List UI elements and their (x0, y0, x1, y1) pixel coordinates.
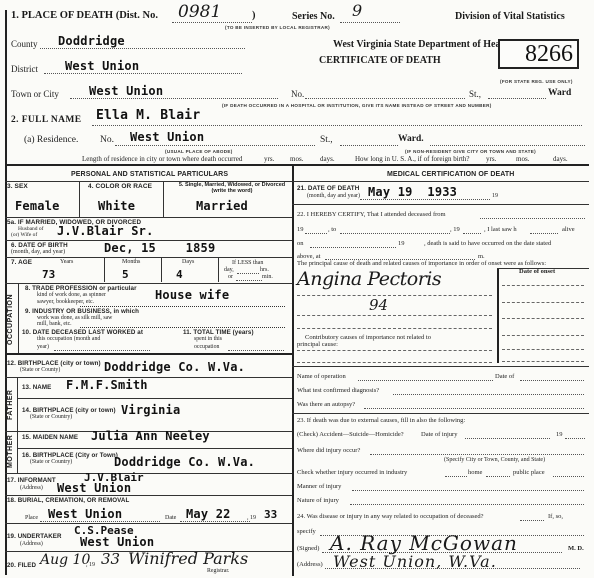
autopsy-line (364, 408, 584, 409)
certify-line-1: 22. I HEREBY CERTIFY, That I attended de… (297, 211, 446, 218)
dob-sub-label: (month, day, and year) (11, 249, 65, 255)
specify-label: specify (297, 528, 316, 535)
town-line (70, 98, 278, 99)
certificate-title: CERTIFICATE OF DEATH (319, 55, 441, 66)
mother-side-label: MOTHER (7, 435, 14, 468)
row-divider-12 (5, 377, 292, 378)
certify-year-line-1 (305, 233, 327, 234)
father-birthplace-value: Virginia (121, 403, 180, 417)
division-title: Division of Vital Statistics (455, 11, 565, 22)
where-injury-line (370, 454, 584, 455)
where-injury-label: Where did injury occur? (297, 447, 360, 454)
department-title: West Virginia State Department of Health (333, 39, 512, 50)
father-name-label: 13. NAME (22, 384, 51, 391)
state-reg-note: (FOR STATE REG. USE ONLY) (500, 79, 573, 84)
physician-address: West Union, W.Va. (333, 552, 497, 571)
usa-yrs: yrs. (486, 155, 496, 163)
onset-line-4 (502, 335, 584, 336)
burial-date-value: May 22 (186, 507, 231, 521)
dist-close: ) (252, 10, 256, 21)
residence-mos: mos. (290, 155, 303, 163)
medical-section-title: MEDICAL CERTIFICATION OF DEATH (387, 171, 514, 178)
series-label: Series No. (292, 11, 335, 22)
contributory-label: Contributory causes of importance not re… (305, 334, 431, 341)
trade-line (80, 306, 285, 307)
mother-birthplace-label: 16. BIRTHPLACE (City or Town) (22, 452, 118, 459)
or-label: or (228, 274, 233, 280)
age-months-value: 5 (122, 268, 129, 281)
certify-to-line (340, 233, 450, 234)
header-divider (5, 164, 589, 166)
usa-days: days. (553, 155, 568, 163)
row-divider-occupation (5, 353, 292, 355)
cause-2-value: 94 (369, 296, 388, 314)
father-side-label: FATHER (7, 390, 14, 420)
dod-line (360, 199, 490, 200)
residence-no-label: No. (100, 135, 114, 145)
series-line (340, 22, 400, 23)
district-line (44, 73, 242, 74)
public-check-line (553, 476, 584, 477)
color-value: White (98, 199, 135, 213)
mother-birthplace-value: Doddridge Co. W.Va. (114, 455, 255, 469)
nonresident-line (430, 145, 585, 146)
residence-label: (a) Residence. (24, 135, 78, 145)
father-birthplace-sub-label: (State or Country) (30, 414, 72, 420)
industry-check-line (445, 476, 467, 477)
last-worked-line (54, 350, 150, 351)
residence-line (115, 145, 315, 146)
row-divider-6 (5, 257, 292, 258)
age-years-value: 73 (42, 268, 55, 281)
manner-line (352, 490, 584, 491)
burial-place-value: West Union (48, 507, 122, 521)
burial-date-line (180, 521, 250, 522)
cause-line-3 (297, 328, 492, 329)
dob-label: 6. DATE OF BIRTH (11, 242, 68, 249)
dod-value: May 19 1933 (368, 185, 457, 199)
street-no-label: No. (291, 89, 304, 99)
industry-label-3: mill, bank, etc. (37, 321, 72, 327)
full-name-line (92, 125, 582, 126)
cause-1-value: Angina Pectoris (297, 268, 441, 290)
filed-date-value: Aug 10 (40, 552, 90, 568)
registrar-signature: Winifred Parks (128, 549, 248, 568)
sex-label: 3. SEX (7, 183, 28, 190)
dod-19-label: 19 (492, 193, 498, 199)
birthplace-value: Doddridge Co. W.Va. (104, 360, 245, 374)
usual-abode-note: (USUAL PLACE OF ABODE) (165, 149, 233, 154)
certify-on: on (297, 240, 304, 247)
address-label: (Address) (297, 561, 323, 568)
marital-value: Married (196, 199, 248, 213)
residence-value: West Union (130, 130, 204, 144)
marital-label: 5. Single, Married, Widowed, or Divorced… (178, 182, 286, 194)
certify-alive: alive (562, 226, 575, 233)
injury-year-line (565, 438, 585, 439)
accident-suicide-homicide-label: (Check) Accident—Suicide—Homicide? (297, 431, 404, 438)
row-divider-7 (5, 283, 292, 284)
undertaker-label: 19. UNDERTAKER (7, 533, 62, 540)
manner-label: Manner of injury (297, 483, 341, 490)
industry-label: 9. INDUSTRY OR BUSINESS, in which (25, 308, 139, 315)
nature-label: Nature of injury (297, 497, 339, 504)
cause-onset-divider (497, 268, 499, 363)
specify-place-note: (Specify City or Town, County, and State… (444, 457, 545, 463)
medical-title-divider (292, 181, 589, 182)
dod-sub-label: (month, day and year) (307, 193, 360, 199)
injury-19-label: 19 (556, 431, 563, 438)
row-divider-22 (292, 413, 589, 414)
certify-to: , to (328, 226, 336, 233)
diagnosis-line (393, 394, 584, 395)
burial-year-value: 33 (264, 508, 277, 521)
nature-line (350, 504, 584, 505)
total-time-label-3: occupation (194, 344, 219, 350)
filed-year-prefix: , 19 (86, 562, 95, 568)
dist-no: 0981 (178, 2, 221, 22)
cause-box-bottom (292, 366, 589, 367)
age-divider-3 (218, 257, 219, 282)
usa-label: How long in U. S. A., if of foreign birt… (355, 155, 470, 163)
occupation-related-line (520, 520, 544, 521)
undertaker-address-label: (Address) (20, 541, 43, 547)
street-ward-line (488, 98, 546, 99)
operation-date-line (520, 380, 584, 381)
hrs-label: hrs. (260, 267, 269, 273)
certify-above-at: above, at (297, 253, 320, 260)
residence-days: days. (320, 155, 335, 163)
trade-label-3: sawyer, bookkeeper, etc. (37, 299, 94, 305)
state-reg-number: 8266 (498, 39, 579, 69)
row-divider-18 (5, 523, 292, 524)
trade-label: 8. TRADE PROFESSION or particular (25, 285, 137, 292)
usa-mos: mos. (516, 155, 529, 163)
cause-line-1 (297, 295, 492, 296)
contributory-line-1 (297, 350, 492, 351)
age-divider-1 (104, 257, 105, 282)
county-line (40, 48, 245, 49)
burial-place-line (40, 521, 160, 522)
injury-date-line (465, 438, 550, 439)
trade-value: House wife (155, 288, 229, 302)
town-label: Town or City (11, 89, 59, 99)
dob-value: Dec, 15 1859 (104, 241, 215, 255)
industry-line (80, 327, 285, 328)
occupation-side-label: OCCUPATION (7, 294, 14, 345)
dist-no-line (172, 22, 252, 23)
row-divider-15 (17, 448, 292, 449)
nonresident-note: (IF NON-RESIDENT GIVE CITY OR TOWN AND S… (405, 149, 536, 154)
certify-from-line (480, 218, 585, 219)
residence-yrs: yrs. (264, 155, 274, 163)
contributory-sub-label: principal cause: (297, 341, 338, 348)
row-divider-5 (5, 217, 292, 218)
filed-year-value: 33 (101, 550, 120, 568)
total-time-label: 11. TOTAL TIME (years) (183, 329, 254, 336)
father-birthplace-label: 14. BIRTHPLACE (city or town) (22, 407, 116, 414)
onset-line-6 (502, 361, 584, 362)
injury-date-label: Date of injury (421, 431, 457, 438)
contributory-line-2 (297, 362, 492, 363)
home-label: home (468, 469, 482, 476)
onset-line-1 (502, 285, 584, 286)
certify-19b: , 19 (450, 226, 460, 233)
residence-st-label: St., (320, 135, 333, 145)
filed-label: 20. FILED (7, 562, 36, 569)
operation-line (358, 380, 493, 381)
min-line (236, 280, 262, 281)
min-label: min. (262, 274, 273, 280)
county-value: Doddridge (58, 34, 125, 48)
age-divider-2 (161, 257, 162, 282)
age-months-label: Months (122, 259, 140, 265)
less-than-label: If LESS than (232, 260, 263, 266)
last-worked-label-3: year) (37, 344, 49, 350)
row-divider-17 (5, 495, 292, 496)
full-name-value: Ella M. Blair (96, 108, 200, 123)
registrar-label: Registrar. (207, 568, 229, 574)
occupation-side-divider (18, 283, 19, 353)
onset-line-2 (502, 302, 584, 303)
length-residence-label: Length of residence in city or town wher… (82, 155, 242, 163)
external-causes-label: 23. If death was due to external causes,… (297, 417, 465, 424)
residence-ward-line (340, 145, 398, 146)
street-no-line (305, 98, 465, 99)
column-divider (292, 164, 294, 576)
town-value: West Union (89, 84, 163, 98)
date-onset-label: Date of onset (519, 268, 555, 275)
father-name-value: F.M.F.Smith (66, 378, 148, 392)
informant-label: 17. INFORMANT (7, 477, 56, 484)
operation-label: Name of operation (297, 373, 346, 380)
certify-19a: 19 (297, 226, 304, 233)
signed-label: (Signed) (297, 545, 319, 552)
street-ward-label: Ward (548, 88, 571, 98)
burial-label: 18. BURIAL, CREMATION, OR REMOVAL (7, 497, 129, 504)
birthplace-sub-label: (State or County) (20, 367, 60, 373)
age-years-label: Years (60, 259, 73, 265)
county-label: County (11, 39, 38, 49)
cause-line-2 (297, 315, 492, 316)
certify-19c: 19 (398, 240, 405, 247)
district-value: West Union (65, 59, 139, 73)
last-worked-label: 10. DATE DECEASED LAST WORKED at (22, 329, 143, 336)
father-side-divider (17, 377, 18, 431)
sex-value: Female (15, 199, 60, 213)
certify-year-line-2 (463, 233, 481, 234)
certify-on-line (310, 247, 396, 248)
if-so-label: If, so, (548, 513, 563, 520)
place-of-death-label: 1. PLACE OF DEATH (Dist. No. (11, 10, 158, 21)
mother-side-divider (17, 431, 18, 473)
diagnosis-label: What test confirmed diagnosis? (297, 387, 379, 394)
row-divider-13 (17, 398, 292, 399)
last-worked-label-2: this occupation (month and (37, 336, 100, 342)
residence-ward-label: Ward. (398, 134, 424, 144)
mother-name-label: 15. MAIDEN NAME (22, 434, 78, 441)
total-time-line (228, 350, 284, 351)
row-divider-16 (5, 473, 292, 474)
sex-divider (79, 181, 80, 217)
burial-place-label: Place (25, 515, 38, 521)
home-check-line (486, 476, 510, 477)
undertaker-address-value: West Union (80, 535, 154, 549)
autopsy-label: Was there an autopsy? (297, 401, 355, 408)
burial-year-prefix: , 19 (247, 515, 256, 521)
principal-cause-label: The principal cause of death and related… (297, 260, 546, 267)
color-label: 4. COLOR OR RACE (88, 183, 152, 190)
death-certificate: 1. PLACE OF DEATH (Dist. No. 0981 ) (TO … (0, 0, 594, 578)
public-place-label: public place (513, 469, 545, 476)
personal-section-title: PERSONAL AND STATISTICAL PARTICULARS (71, 171, 228, 178)
md-label: M. D. (568, 545, 584, 552)
certify-m: m. (478, 253, 485, 260)
mother-birthplace-sub-label: (State or Country) (30, 459, 72, 465)
hospital-note: (IF DEATH OCCURRED IN A HOSPITAL OR INST… (222, 103, 492, 108)
onset-line-5 (502, 349, 584, 350)
district-label: District (11, 64, 38, 74)
certify-last-saw: , I last saw h (484, 226, 517, 233)
age-days-label: Days (182, 259, 194, 265)
check-industry-label: Check whether injury occurred in industr… (297, 469, 407, 476)
mother-name-value: Julia Ann Neeley (91, 429, 210, 443)
occupation-related-label: 24. Was disease or injury in any way rel… (297, 513, 484, 520)
color-divider (163, 181, 164, 217)
dod-label: 21. DATE OF DEATH (297, 185, 359, 192)
total-time-label-2: spent in this (194, 336, 222, 342)
series-no: 9 (352, 1, 362, 20)
inserted-note: (TO BE INSERTED BY LOCAL REGISTRAR) (225, 25, 330, 30)
birthplace-label: 12. BIRTHPLACE (city or town) (7, 360, 101, 367)
trade-label-2: kind of work done, as spinner (37, 292, 106, 298)
certify-him-her-line (530, 233, 558, 234)
onset-line-3 (502, 318, 584, 319)
informant-address-label: (Address) (20, 485, 43, 491)
burial-date-label: Date (165, 515, 176, 521)
left-border (5, 10, 7, 575)
certify-death-said: , death is said to have occurred on the … (424, 240, 551, 247)
day-label: day, (224, 267, 234, 273)
informant-address-value: West Union (57, 481, 131, 495)
spouse-label-wife: (or) Wife of (11, 232, 37, 238)
hrs-line (237, 273, 259, 274)
spouse-value: J.V.Blair Sr. (57, 224, 154, 238)
operation-date-label: Date of (495, 373, 514, 380)
age-label: 7. AGE (11, 259, 32, 266)
full-name-label: 2. FULL NAME (11, 115, 82, 125)
street-st-label: St., (469, 89, 481, 99)
age-days-value: 4 (176, 268, 183, 281)
row-divider-21 (292, 204, 589, 205)
